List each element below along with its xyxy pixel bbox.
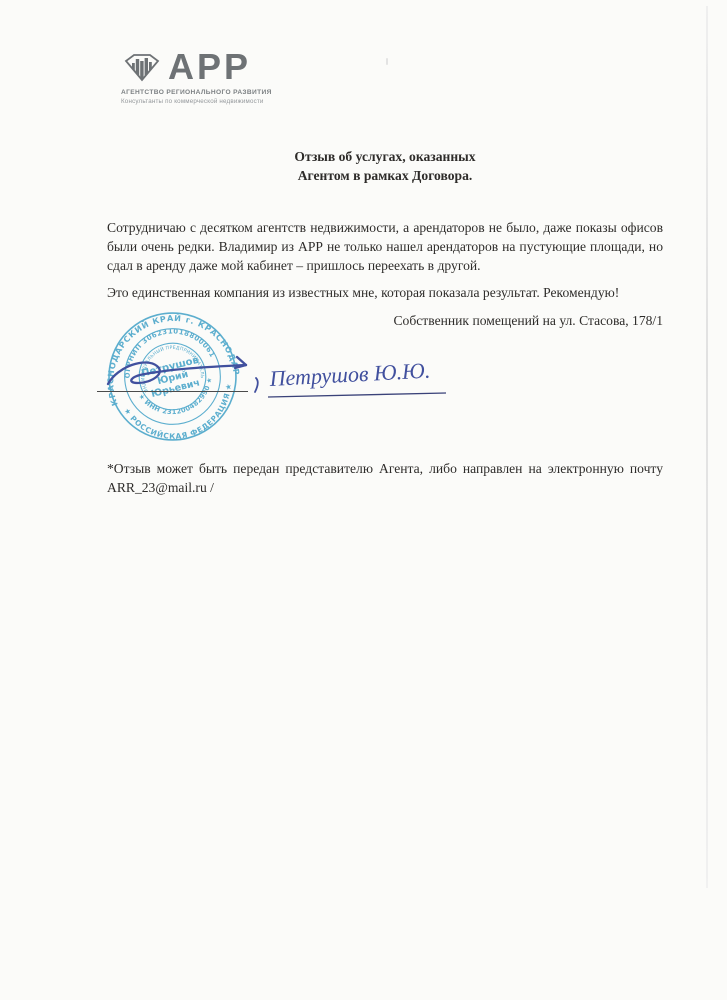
paragraph-line: были очень редки. Владимир из АРР не тол…: [107, 237, 663, 256]
paragraph-line: Сотрудничаю с десятком агентств недвижим…: [107, 218, 663, 237]
paragraph-line: сдал в аренду даже мой кабинет – пришлос…: [107, 256, 663, 275]
scanned-letter-page: { "page": { "background": "#fbfbf9", "te…: [0, 0, 727, 1000]
diamond-buildings-icon: [121, 52, 163, 82]
document-title: Отзыв об услугах, оказанных Агентом в ра…: [107, 147, 663, 185]
title-line-1: Отзыв об услугах, оказанных: [107, 147, 663, 166]
company-logo: АРР АГЕНТСТВО РЕГИОНАЛЬНОГО РАЗВИТИЯ Кон…: [121, 52, 272, 105]
handwritten-comma: [255, 378, 258, 392]
body-paragraph-1: Сотрудничаю с десятком агентств недвижим…: [107, 218, 663, 276]
footnote-line-1: *Отзыв может быть передан представителю …: [107, 459, 663, 478]
handwritten-signature: Петрушов Ю.Ю.: [246, 350, 456, 405]
footnote-line-2: ARR_23@mail.ru /: [107, 478, 663, 497]
logo-tagline: Консультанты по коммерческой недвижимост…: [121, 98, 272, 105]
footnote: *Отзыв может быть передан представителю …: [107, 459, 663, 497]
logo-company-name: АГЕНТСТВО РЕГИОНАЛЬНОГО РАЗВИТИЯ: [121, 89, 272, 96]
logo-acronym: АРР: [168, 52, 251, 82]
handwritten-underline: [268, 393, 446, 397]
scan-speck: [386, 58, 388, 65]
handwritten-name-text: Петрушов Ю.Ю.: [268, 358, 431, 391]
signature-scribble: [100, 352, 270, 402]
title-line-2: Агентом в рамках Договора.: [107, 166, 663, 185]
scan-edge-line: [706, 6, 708, 888]
